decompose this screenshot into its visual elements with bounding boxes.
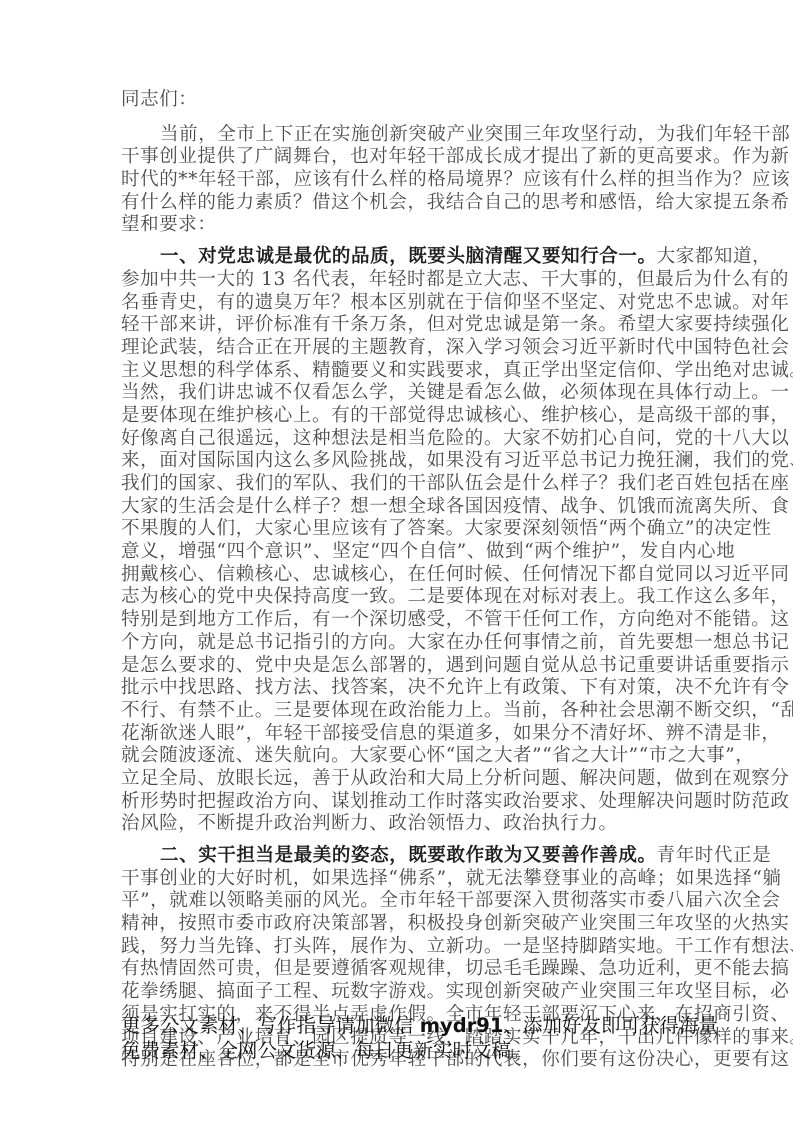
text-line: 干事创业提供了广阔舞台，也对年轻干部成长成才提出了新的更高要求。作为新 <box>121 146 672 169</box>
section-1-paragraph: 一、对党忠诚是最优的品质，既要头脑清醒又要知行合一。大家都知道， 参加中共一大的… <box>121 246 672 836</box>
text-line: 花拳绣腿、搞面子工程、玩数字游戏。实现创新突破产业突围三年攻坚目标，必 <box>121 981 672 1004</box>
text-line: 治风险，不断提升政治判断力、政治领悟力、政治执行力。 <box>121 813 672 836</box>
promo-footer: 更多公文素材、写作指导请加微信 mydr91、添加好友即可获得海量 免费素材、全… <box>121 1013 672 1063</box>
text-line: 花渐欲迷人眼”，年轻干部接受信息的渠道多，如果分不清好坏、辨不清是非， <box>121 723 672 746</box>
section-2-first-line-rest: 青年时代正是 <box>657 845 772 866</box>
intro-paragraph: 当前，全市上下正在实施创新突破产业突围三年攻坚行动，为我们年轻干部干事创业提供了… <box>121 124 672 237</box>
section-2-heading: 二、实干担当是最美的姿态，既要敢作敢为又要善作善成。 <box>160 845 657 866</box>
text-line: 理论武装，结合正在开展的主题教育，深入学习领会习近平新时代中国特色社会 <box>121 337 672 360</box>
text-line: 有热情固然可贵，但是要遵循客观规律，切忌毛毛躁躁、急功近利，更不能去搞 <box>121 958 672 981</box>
text-line: 个方向，就是总书记指引的方向。大家在办任何事情之前，首先要想一想总书记 <box>121 632 672 655</box>
text-line: 立足全局、放眼长远，善于从政治和大局上分析问题、解决问题，做到在观察分 <box>121 768 672 791</box>
text-line: 参加中共一大的 13 名代表，年轻时都是立大志、干大事的，但最后为什么有的 <box>121 269 672 292</box>
text-line: 特别是到地方工作后，有一个深切感受，不管干任何工作，方向绝对不能错。这 <box>121 609 672 632</box>
text-line: 是要体现在维护核心上。有的干部觉得忠诚核心、维护核心，是高级干部的事， <box>121 405 672 428</box>
document-body: 同志们： 当前，全市上下正在实施创新突破产业突围三年攻坚行动，为我们年轻干部干事… <box>121 89 672 1081</box>
text-line: 大家的生活会是什么样子？想一想全球各国因疫情、战争、饥饿而流离失所、食 <box>121 496 672 519</box>
text-line: 有什么样的能力素质？借这个机会，我结合自己的思考和感悟，给大家提五条希 <box>121 192 672 215</box>
text-line: 好像离自己很遥远，这种想法是相当危险的。大家不妨扪心自问，党的十八大以 <box>121 428 672 451</box>
section-1-first-line: 一、对党忠诚是最优的品质，既要头脑清醒又要知行合一。大家都知道， <box>121 246 672 269</box>
text-line: 时代的**年轻干部，应该有什么样的格局境界？应该有什么样的担当作为？应该 <box>121 169 672 192</box>
text-line: 当然，我们讲忠诚不仅看怎么学，关键是看怎么做，必须体现在具体行动上。一 <box>121 382 672 405</box>
salutation: 同志们： <box>121 89 672 112</box>
promo-text-pre: 更多公文素材、写作指导请加微信 <box>121 1014 420 1037</box>
text-line: 轻干部来讲，评价标准有千条万条，但对党忠诚是第一条。希望大家要持续强化 <box>121 314 672 337</box>
text-line: 是怎么要求的、党中央是怎么部署的，遇到问题自觉从总书记重要讲话重要指示 <box>121 655 672 678</box>
text-line: 意义，增强“四个意识”、坚定“四个自信”、做到“两个维护”，发自内心地 <box>121 541 672 564</box>
text-line: 当前，全市上下正在实施创新突破产业突围三年攻坚行动，为我们年轻干部 <box>121 124 672 147</box>
text-line: 我们的国家、我们的军队、我们的干部队伍会是什么样子？我们老百姓包括在座 <box>121 473 672 496</box>
section-1-heading: 一、对党忠诚是最优的品质，既要头脑清醒又要知行合一。 <box>160 246 657 267</box>
text-line: 名垂青史，有的遗臭万年？根本区别就在于信仰坚不坚定、对党忠不忠诚。对年 <box>121 292 672 315</box>
text-line: 来，面对国际国内这么多风险挑战，如果没有习近平总书记力挽狂澜，我们的党、 <box>121 450 672 473</box>
section-1-first-line-rest: 大家都知道， <box>657 246 772 267</box>
text-line: 平”，就难以领略美丽的风光。全市年轻干部要深入贯彻落实市委八届六次全会 <box>121 890 672 913</box>
text-line: 不果腹的人们，大家心里应该有了答案。大家要深刻领悟“两个确立”的决定性 <box>121 518 672 541</box>
text-line: 精神，按照市委市政府决策部署，积极投身创新突破产业突围三年攻坚的火热实 <box>121 913 672 936</box>
text-line: 批示中找思路、找方法、找答案，决不允许上有政策、下有对策，决不允许有令 <box>121 677 672 700</box>
text-line: 就会随波逐流、迷失航向。大家要心怀“国之大者”“省之大计”“市之大事”， <box>121 745 672 768</box>
promo-line-2: 免费素材、全网公文货源、每日更新实时文稿。 <box>121 1038 672 1063</box>
text-line: 不行、有禁不止。三是要体现在政治能力上。当前，各种社会思潮不断交织，“乱 <box>121 700 672 723</box>
text-line: 干事创业的大好时机，如果选择“佛系”，就无法攀登事业的高峰；如果选择“躺 <box>121 868 672 891</box>
text-line: 望和要求： <box>121 214 672 237</box>
promo-text-post: 、添加好友即可获得海量 <box>503 1014 718 1037</box>
text-line: 践，努力当先锋、打头阵，展作为、立新功。一是坚持脚踏实地。干工作有想法、 <box>121 936 672 959</box>
section-2-first-line: 二、实干担当是最美的姿态，既要敢作敢为又要善作善成。青年时代正是 <box>121 845 672 868</box>
promo-line-1: 更多公文素材、写作指导请加微信 mydr91、添加好友即可获得海量 <box>121 1013 672 1038</box>
text-line: 析形势时把握政治方向、谋划推动工作时落实政治要求、处理解决问题时防范政 <box>121 791 672 814</box>
text-line: 拥戴核心、信赖核心、忠诚核心，在任何时候、任何情况下都自觉同以习近平同 <box>121 564 672 587</box>
text-line: 志为核心的党中央保持高度一致。二是要体现在对标对表上。我工作这么多年， <box>121 586 672 609</box>
text-line: 主义思想的科学体系、精髓要义和实践要求，真正学出坚定信仰、学出绝对忠诚。 <box>121 360 672 383</box>
wechat-id: mydr91 <box>420 1014 504 1037</box>
